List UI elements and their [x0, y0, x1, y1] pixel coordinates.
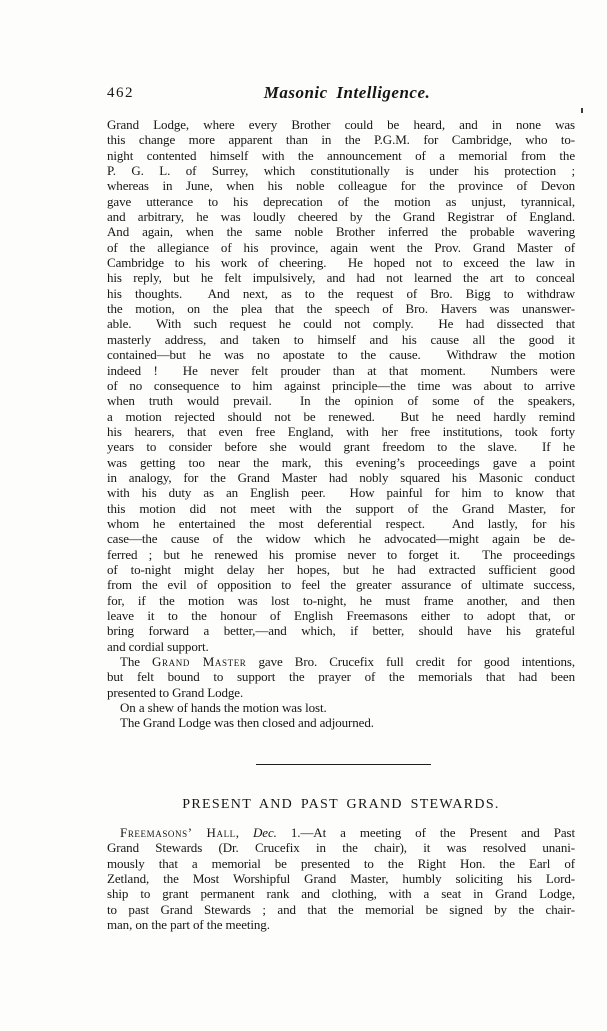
text-line: gave utterance to his deprecation of the… — [107, 194, 575, 209]
text-line: whom he entertained the most deferential… — [107, 516, 575, 531]
text-line: this motion did not meet with the suppor… — [107, 501, 575, 516]
text-line: The Grand Lodge was then closed and adjo… — [107, 715, 575, 730]
small-caps-text: Freemasons’ Hall — [120, 825, 236, 840]
text-line: for, if the motion was lost to-night, he… — [107, 593, 575, 608]
text-line: was getting too near the mark, this even… — [107, 455, 575, 470]
text-line: able. With such request he could not com… — [107, 316, 575, 331]
text-line: Zetland, the Most Worshipful Grand Maste… — [107, 871, 575, 886]
text-line: Freemasons’ Hall, Dec. 1.—At a meeting o… — [107, 825, 575, 840]
text-line: mously that a memorial be presented to t… — [107, 856, 575, 871]
paragraph: The Grand Master gave Bro. Crucefix full… — [107, 654, 575, 700]
plain-text: 1.—At a meeting of the Present and Past — [277, 825, 575, 840]
text-line: when truth would prevail. In the opinion… — [107, 393, 575, 408]
text-line: of no consequence to him against princip… — [107, 378, 575, 393]
small-caps-text: Grand Master — [152, 654, 246, 669]
text-line: Grand Lodge, where every Brother could b… — [107, 117, 575, 132]
page-header: 462 Masonic Intelligence. — [107, 83, 575, 107]
plain-text: , — [236, 825, 253, 840]
text-line: his hearers, that even free England, wit… — [107, 424, 575, 439]
text-line: case—the cause of the widow which he adv… — [107, 531, 575, 546]
plain-text: gave Bro. Crucefix full credit for good … — [246, 654, 575, 669]
text-line: his reply, but he felt impulsively, and … — [107, 270, 575, 285]
plain-text: The — [120, 654, 152, 669]
paragraph: Freemasons’ Hall, Dec. 1.—At a meeting o… — [107, 825, 575, 932]
running-head-title: Masonic Intelligence. — [119, 83, 575, 103]
section-heading: PRESENT AND PAST GRAND STEWARDS. — [107, 797, 575, 813]
text-line: ship to grant permanent rank and clothin… — [107, 886, 575, 901]
text-line: whereas in June, when his noble colleagu… — [107, 178, 575, 193]
text-line: ferred ; but he renewed his promise neve… — [107, 547, 575, 562]
text-line: to past Grand Stewards ; and that the me… — [107, 902, 575, 917]
text-line: The Grand Master gave Bro. Crucefix full… — [107, 654, 575, 669]
text-line: P. G. L. of Surrey, which constitutional… — [107, 163, 575, 178]
book-page: 462 Masonic Intelligence. Grand Lodge, w… — [0, 0, 607, 1031]
text-line: with his duty as an English peer. How pa… — [107, 485, 575, 500]
text-line: but felt bound to support the prayer of … — [107, 669, 575, 684]
text-line: On a shew of hands the motion was lost. — [107, 700, 575, 715]
text-line: masterly address, and taken to himself a… — [107, 332, 575, 347]
article-body: Grand Lodge, where every Brother could b… — [107, 117, 575, 731]
text-line: a motion rejected should not be renewed.… — [107, 409, 575, 424]
text-line: and cordial support. — [107, 639, 575, 654]
text-line: of the allegiance of his province, again… — [107, 240, 575, 255]
paragraph: The Grand Lodge was then closed and adjo… — [107, 715, 575, 730]
text-line: contained—but he was no apostate to the … — [107, 347, 575, 362]
section-divider-rule — [256, 764, 431, 765]
text-line: And again, when the same noble Brother i… — [107, 224, 575, 239]
text-line: this change more apparent than in the P.… — [107, 132, 575, 147]
text-line: years to consider before she would grant… — [107, 439, 575, 454]
paragraph: On a shew of hands the motion was lost. — [107, 700, 575, 715]
paragraph: Grand Lodge, where every Brother could b… — [107, 117, 575, 654]
scan-artifact-dot — [581, 108, 583, 113]
text-line: and arbitrary, he was loudly cheered by … — [107, 209, 575, 224]
text-line: Grand Stewards (Dr. Crucefix in the chai… — [107, 840, 575, 855]
text-line: presented to Grand Lodge. — [107, 685, 575, 700]
text-line: bring forward a better,—and which, if be… — [107, 623, 575, 638]
text-line: from the evil of opposition to feel the … — [107, 577, 575, 592]
text-line: in analogy, for the Grand Master had nob… — [107, 470, 575, 485]
text-line: indeed ! He never felt prouder than at t… — [107, 363, 575, 378]
text-line: man, on the part of the meeting. — [107, 917, 575, 932]
section-body: Freemasons’ Hall, Dec. 1.—At a meeting o… — [107, 825, 575, 932]
text-line: leave it to the honour of English Freema… — [107, 608, 575, 623]
text-line: Cambridge to his work of cheering. He ho… — [107, 255, 575, 270]
italic-text: Dec. — [253, 825, 277, 840]
text-line: his thoughts. And next, as to the reques… — [107, 286, 575, 301]
text-line: of to-night might delay her hopes, but h… — [107, 562, 575, 577]
text-line: night contented himself with the announc… — [107, 148, 575, 163]
text-line: the motion, on the plea that the speech … — [107, 301, 575, 316]
